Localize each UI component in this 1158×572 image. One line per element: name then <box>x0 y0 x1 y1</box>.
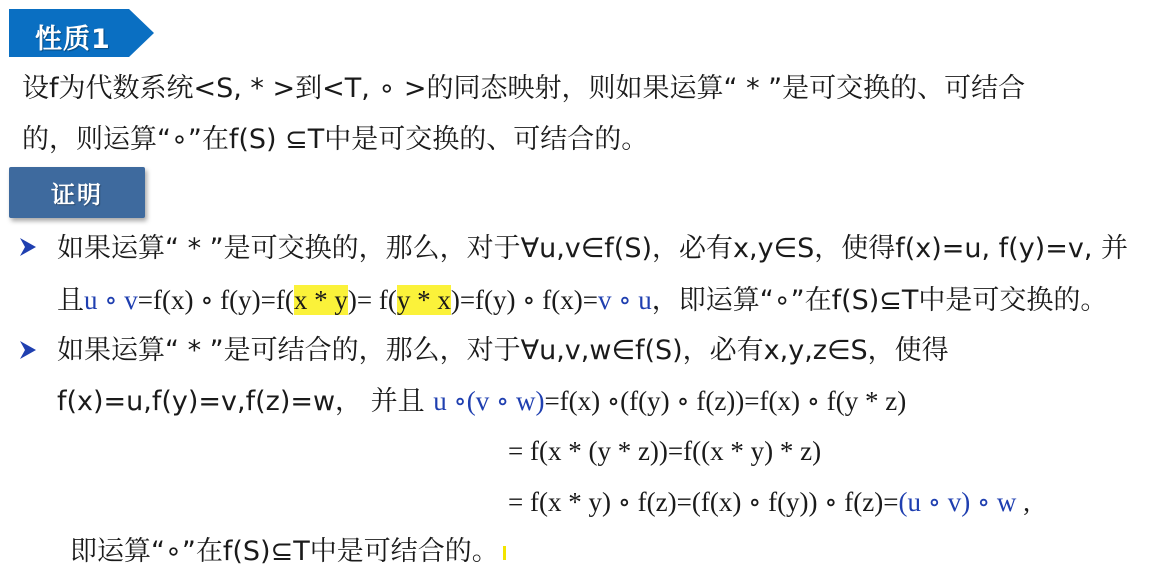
proof-label: 证明 <box>9 167 145 218</box>
bullet2-conclusion-text: 即运算“∘”在f(S)⊆T中是可结合的。 <box>70 536 499 567</box>
annotation-cursor-mark <box>503 546 506 560</box>
bullet1-mid1: =f(x) ∘ f(y)=f( <box>138 285 294 315</box>
bullet1-lhs: u ∘ v <box>84 285 138 315</box>
bullet2-line-3: = f(x * (y * z))=f((x * y) * z) <box>508 434 821 468</box>
title-tag-label: 性质1 <box>35 17 111 56</box>
highlight-x-star-y: x * y <box>294 285 348 315</box>
bullet2-line4-text: = f(x * y) ∘ f(z)=(f(x) ∘ f(y)) ∘ f(z)= <box>508 487 898 517</box>
bullet2-prefix: f(x)=u,f(y)=v,f(z)=w， 并且 <box>57 386 433 417</box>
arrow-bullet-icon <box>20 238 36 256</box>
bullet1-rhs: v ∘ u <box>598 285 652 315</box>
bullet2-line-2: f(x)=u,f(y)=v,f(z)=w， 并且 u ∘(v ∘ w)=f(x)… <box>57 384 906 419</box>
bullet1-mid3: )=f(y) ∘ f(x)= <box>451 285 598 315</box>
bullet2-rhs: (u ∘ v) ∘ w <box>898 487 1016 517</box>
theorem-line-1: 设f为代数系统<S, * >到<T, ∘ >的同态映射，则如果运算“ * ”是可… <box>22 72 1025 106</box>
theorem-line-2: 的，则运算“∘”在f(S) ⊆T中是可交换的、可结合的。 <box>22 123 648 157</box>
title-tag: 性质1 <box>9 9 154 57</box>
bullet2-line4-suffix: , <box>1016 487 1030 517</box>
bullet1-line-1: 如果运算“ * ”是可交换的，那么，对于∀u,v∈f(S)，必有x,y∈S，使得… <box>57 232 1128 266</box>
bullet2-conclusion: 即运算“∘”在f(S)⊆T中是可结合的。 <box>70 535 506 569</box>
bullet1-suffix: ，即运算“∘”在f(S)⊆T中是可交换的。 <box>652 285 1108 316</box>
bullet1-prefix: 且 <box>57 285 84 316</box>
bullet1-mid2: )= f( <box>348 285 397 315</box>
arrow-bullet-icon <box>20 341 36 359</box>
bullet2-rest: =f(x) ∘(f(y) ∘ f(z))=f(x) ∘ f(y * z) <box>544 386 906 416</box>
bullet2-line-1: 如果运算“ * ”是可结合的，那么，对于∀u,v,w∈f(S)，必有x,y,z∈… <box>57 334 949 368</box>
bullet1-line-2: 且u ∘ v=f(x) ∘ f(y)=f(x * y)= f(y * x)=f(… <box>57 283 1107 318</box>
highlight-y-star-x: y * x <box>397 285 451 315</box>
bullet2-line-4: = f(x * y) ∘ f(z)=(f(x) ∘ f(y)) ∘ f(z)=(… <box>508 485 1030 519</box>
bullet2-lhs: u ∘(v ∘ w) <box>433 386 544 416</box>
